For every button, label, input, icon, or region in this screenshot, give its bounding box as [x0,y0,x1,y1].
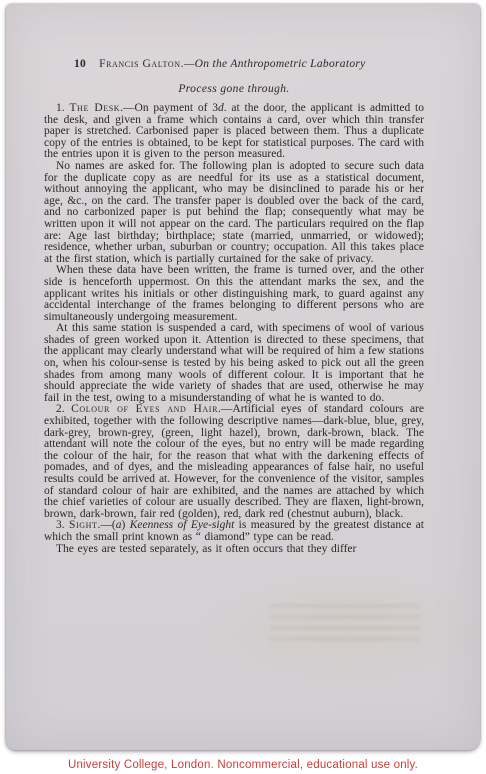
text-segment: Colour of Eyes and Hair [71,403,218,415]
running-header-title: Francis Galton.—On the Anthropometric La… [99,58,365,70]
paragraph: 3. Sight.—(a) Keenness of Eye-sight is m… [44,520,424,543]
reverse-side-show-through [270,604,420,646]
text-segment: 3. [56,519,69,531]
page-content: 10 Francis Galton.—On the Anthropometric… [6,4,480,555]
text-segment: ) [122,519,130,531]
text-segment: Sight [69,519,98,531]
paragraph: The eyes are tested separately, as it of… [44,544,424,556]
attribution-text: University College, London. Noncommercia… [0,759,486,771]
text-segment: Francis Galton. [99,58,184,70]
page-number: 10 [74,58,86,70]
text-segment: .—Artificial eyes of standard colours ar… [44,403,424,519]
text-segment: 2. [56,403,71,415]
text-segment: The eyes are tested separately, as it of… [56,543,356,555]
paragraph: When these data have been written, the f… [44,265,424,323]
text-segment: No names are asked for. The following pl… [44,160,424,265]
text-segment: —On the Anthropometric Laboratory [184,58,365,70]
text-segment: .—( [98,519,116,531]
text-segment: Keenness of Eye-sight [130,519,235,531]
paragraph: No names are asked for. The following pl… [44,161,424,265]
text-segment: 1. [56,102,69,114]
paragraph: At this same station is suspended a card… [44,323,424,404]
text-segment: .—On payment of 3 [120,102,218,114]
paragraph: 1. The Desk.—On payment of 3d. at the do… [44,103,424,161]
paragraph: 2. Colour of Eyes and Hair.—Artificial e… [44,404,424,520]
scan-background: 10 Francis Galton.—On the Anthropometric… [0,0,486,774]
running-header: 10 Francis Galton.—On the Anthropometric… [74,58,424,70]
section-heading: Process gone through. [44,83,424,95]
text-segment: At this same station is suspended a card… [44,322,424,404]
text-segment: When these data have been written, the f… [44,264,424,322]
text-segment: The Desk [69,102,120,114]
page-body: 1. The Desk.—On payment of 3d. at the do… [44,103,424,555]
book-page: 10 Francis Galton.—On the Anthropometric… [6,4,480,750]
